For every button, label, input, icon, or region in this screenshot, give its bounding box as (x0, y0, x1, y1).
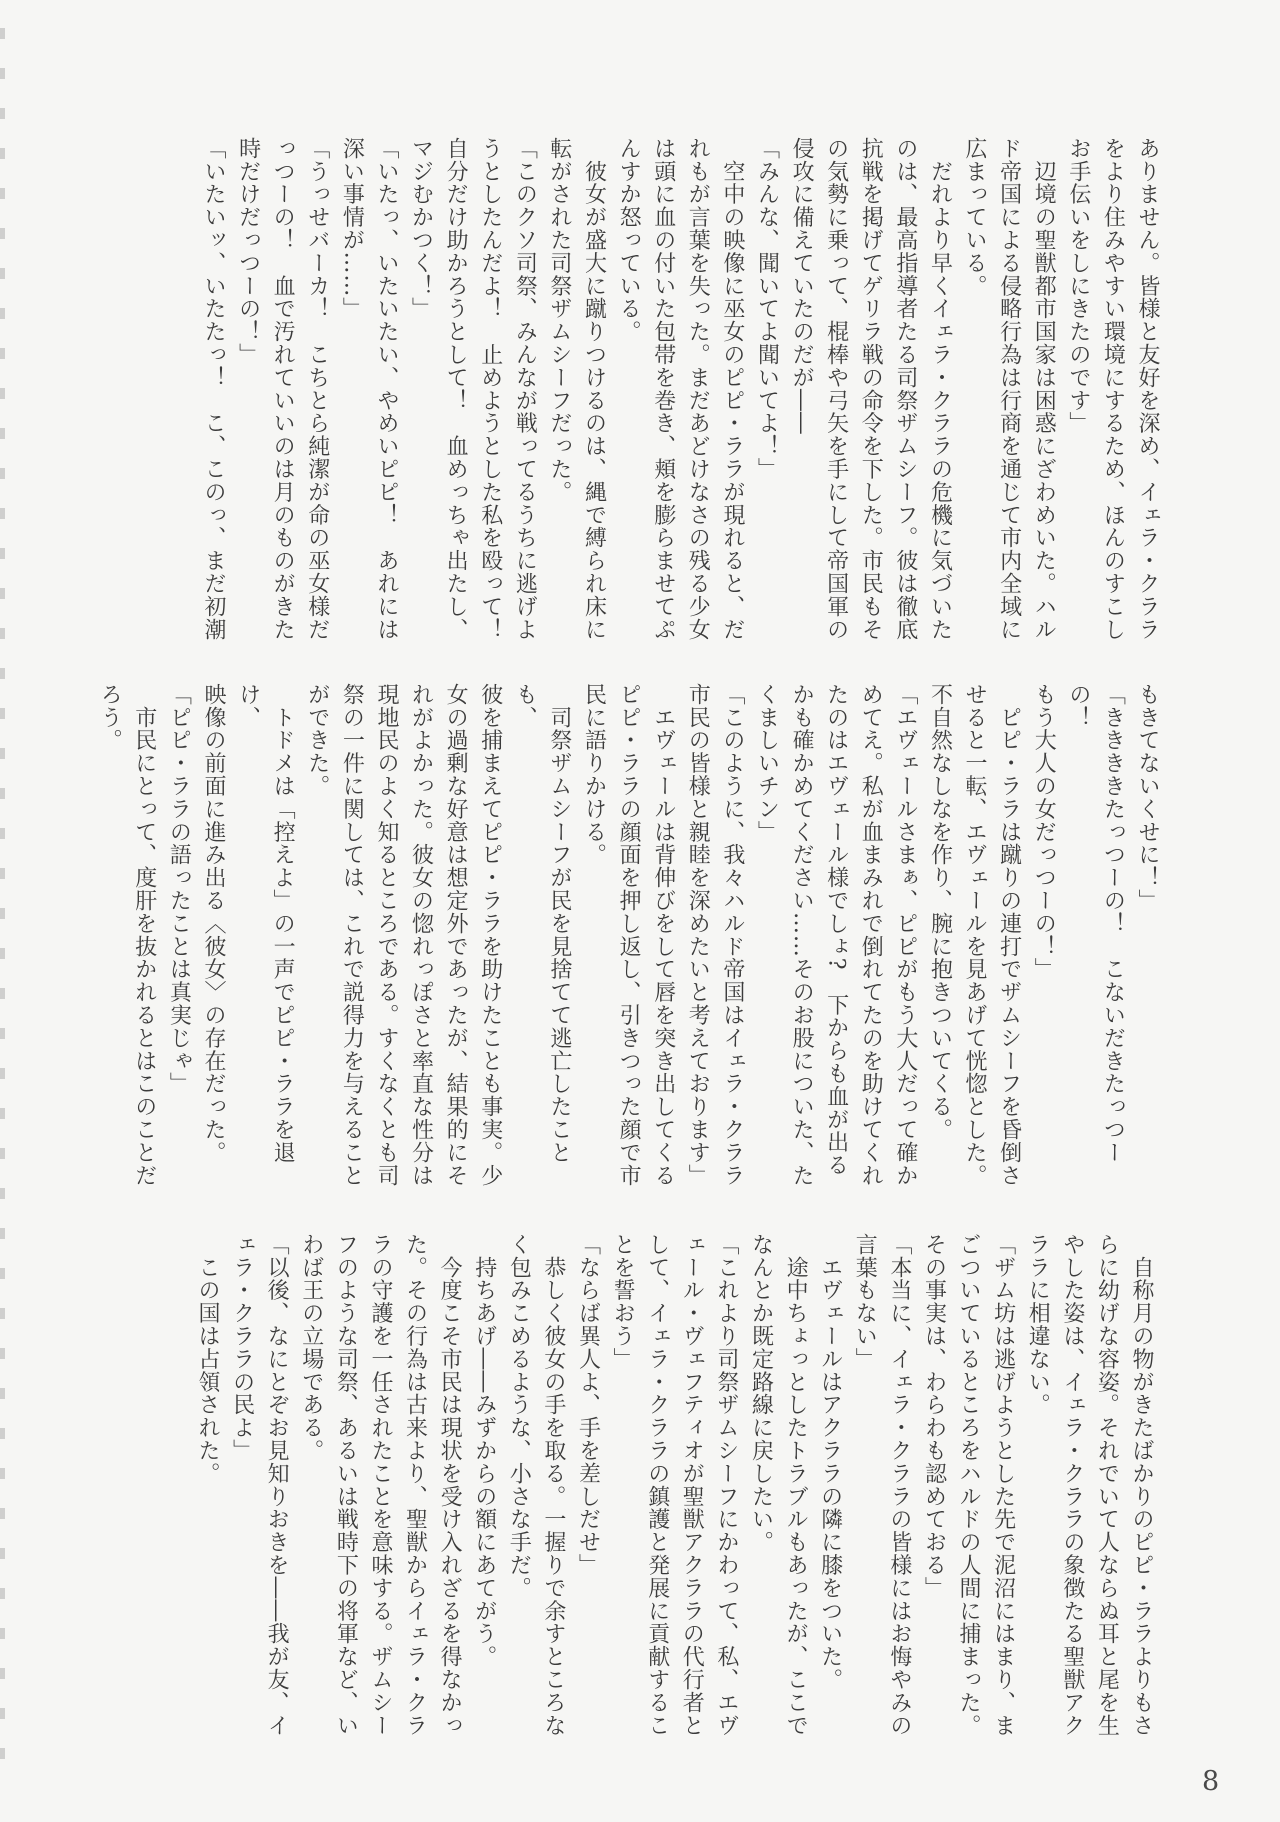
text-block-top: ありません。皆様と友好を深め、イェラ・クララ をより住みやすい環境にするため、ほ… (195, 137, 1164, 649)
text-block-bottom: 自称月の物がきたばかりのピピ・ララよりもさ らに幼げな容姿。それでいて人ならぬ耳… (189, 1233, 1158, 1745)
text-block-middle: もきてないくせに！」 「ききききたっつーの！ こないだきたっつーの！ もう大人の… (92, 683, 1164, 1195)
novel-page: ありません。皆様と友好を深め、イェラ・クララ をより住みやすい環境にするため、ほ… (0, 0, 1280, 1822)
page-number: 8 (1202, 1766, 1219, 1797)
scan-edge-artifacts (0, 28, 5, 1788)
